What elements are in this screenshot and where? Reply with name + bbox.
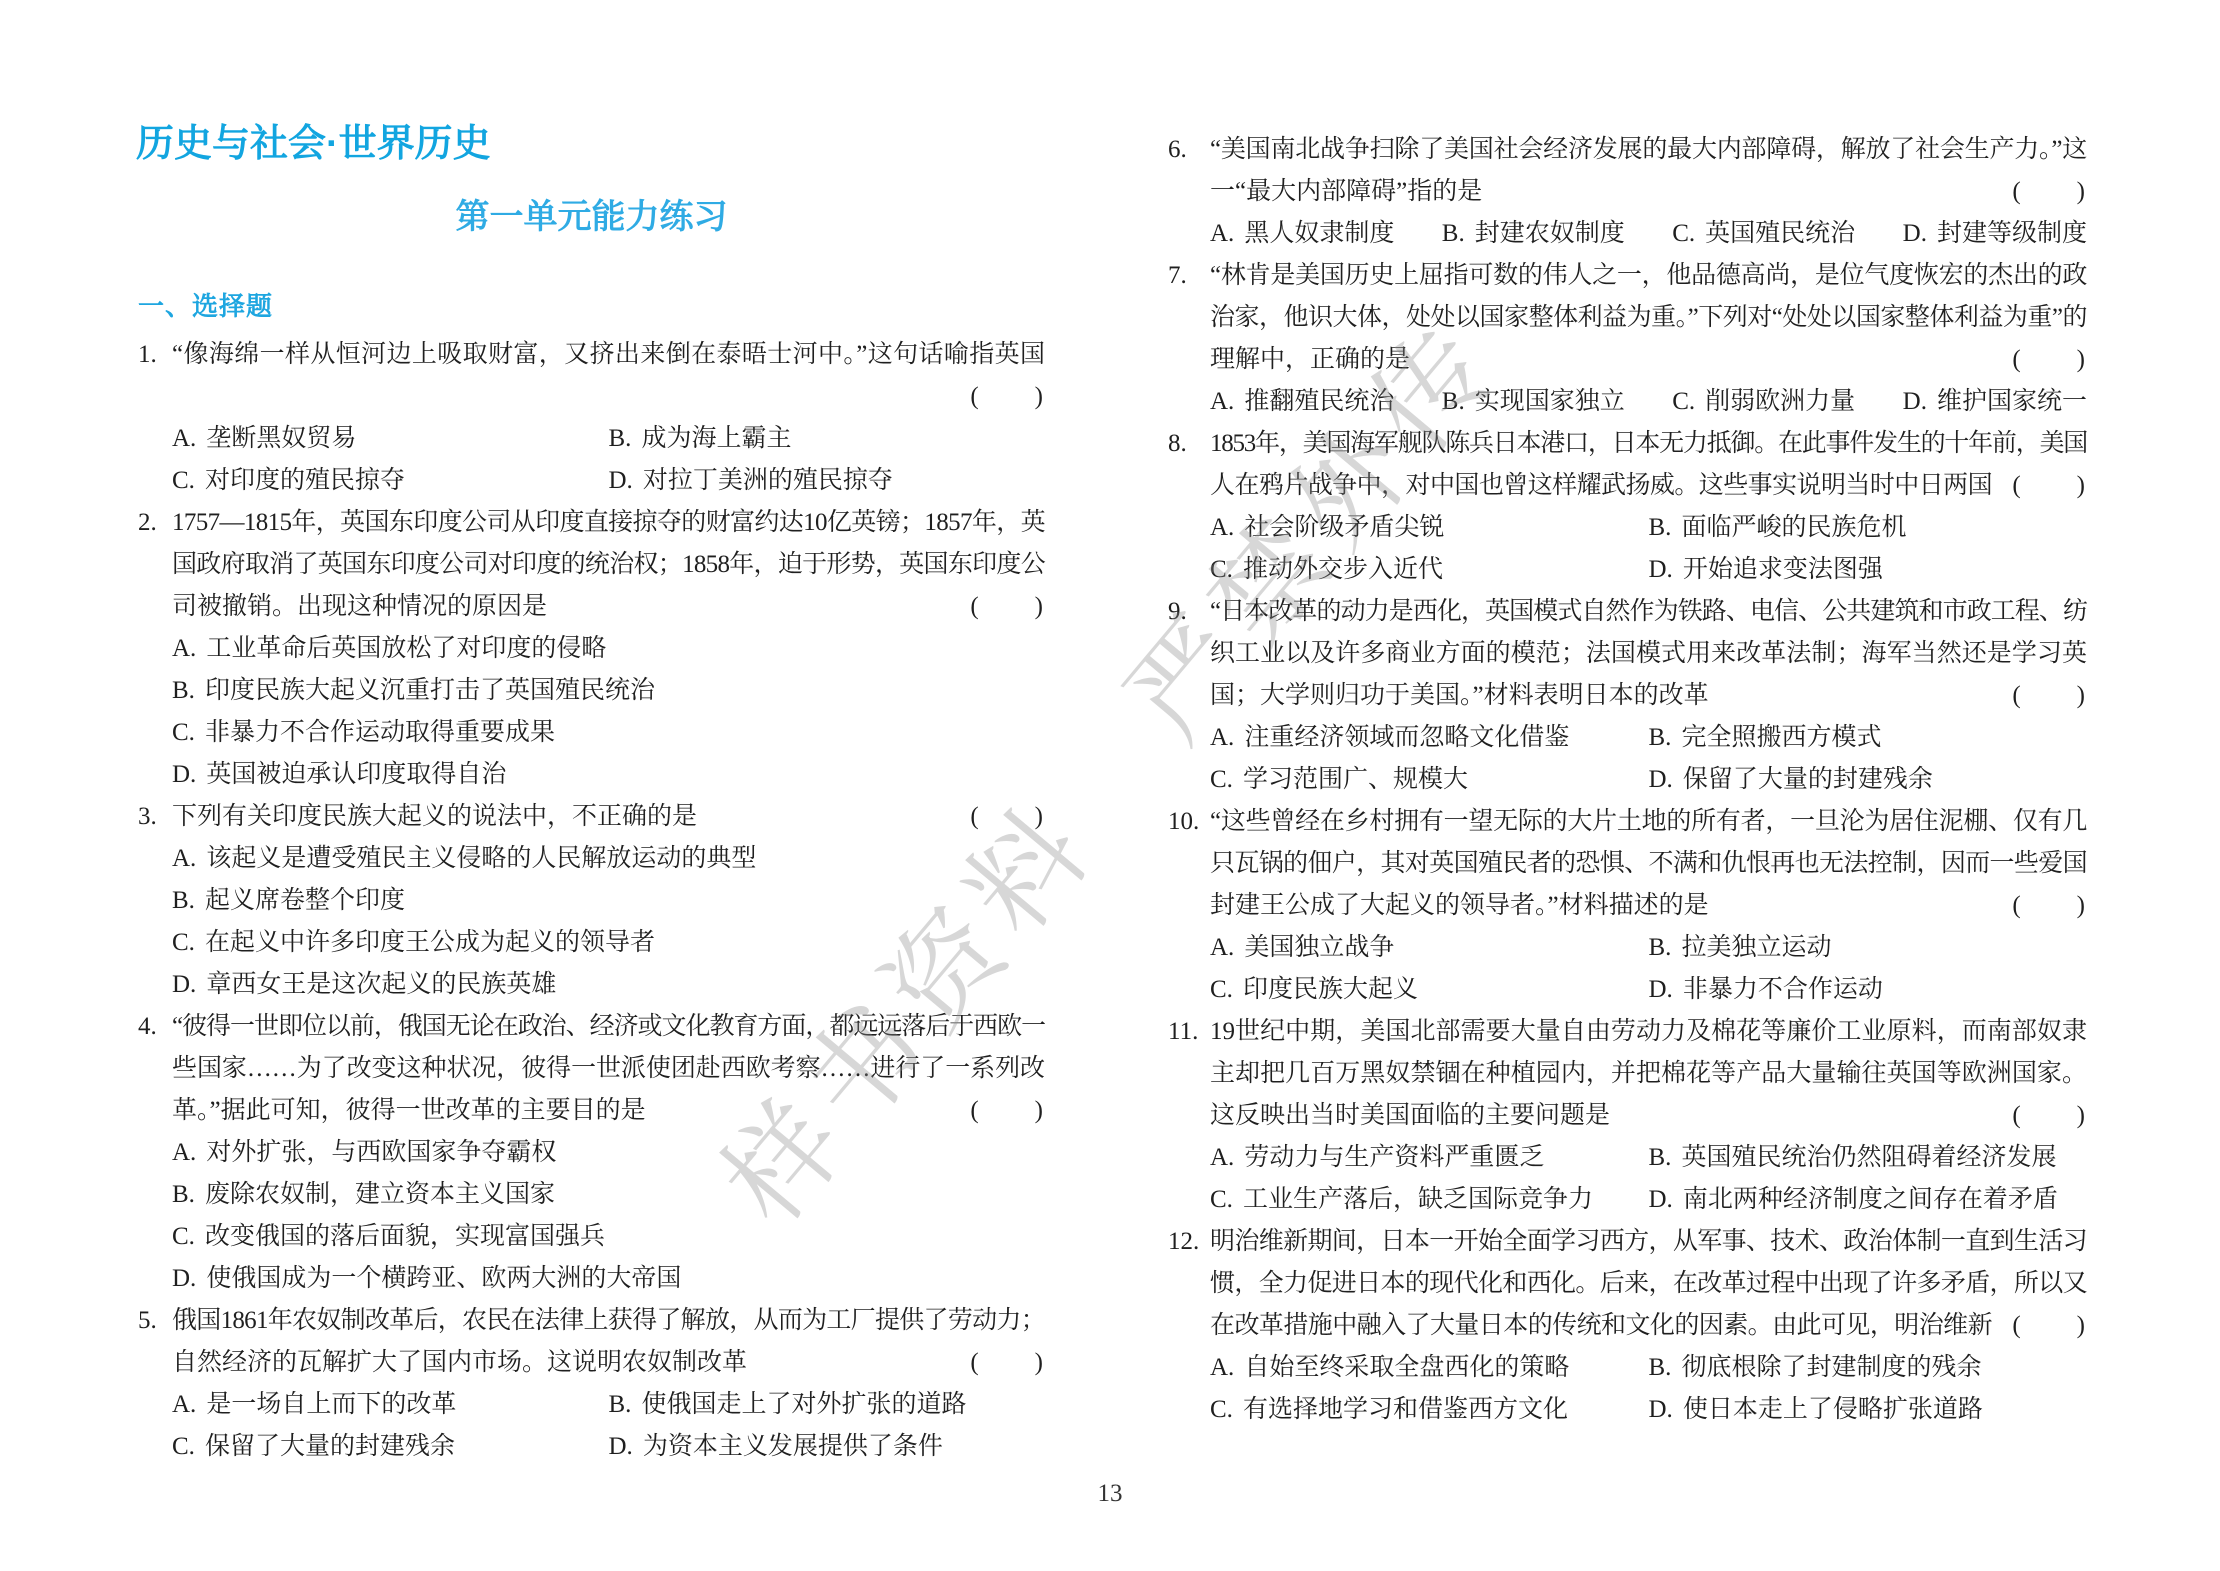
option-letter: A. [172, 845, 196, 872]
stem-line-with-bracket: 封建王公成了大起义的领导者。”材料描述的是( ) [1210, 885, 2087, 927]
option-text: 成为海上霸主 [641, 425, 791, 452]
stem-line: “彼得一世即位以前，俄国无论在政治、经济或文化教育方面，都远远落后于西欧一 [172, 1006, 1045, 1048]
option-letter: C. [1210, 1396, 1233, 1423]
option-C: C.在起义中许多印度王公成为起义的领导者 [172, 922, 655, 964]
answer-bracket: ( ) [2012, 339, 2087, 381]
option-letter: B. [1649, 934, 1672, 961]
option-letter: D. [172, 761, 196, 788]
stem-line: 司被撤销。出现这种情况的原因是 [172, 586, 547, 628]
option-C: C.对印度的殖民掠夺 [172, 460, 609, 502]
option-text: 非暴力不合作运动取得重要成果 [205, 719, 555, 746]
option-A: A.自始至终采取全盘西化的策略 [1210, 1347, 1649, 1389]
option-text: 在起义中许多印度王公成为起义的领导者 [205, 929, 655, 956]
option-B: B.废除农奴制，建立资本主义国家 [172, 1174, 555, 1216]
option-text: 英国殖民统治仍然阻碍着经济发展 [1681, 1144, 2056, 1171]
stem-line-with-bracket: 国；大学则归功于美国。”材料表明日本的改革( ) [1210, 675, 2087, 717]
option-letter: D. [172, 971, 196, 998]
left-column: 1.“像海绵一样从恒河边上吸取财富，又挤出来倒在泰晤士河中。”这句话喻指英国( … [138, 334, 1045, 1468]
option-text: 面临严峻的民族危机 [1681, 514, 1906, 541]
option-row: D.章西女王是这次起义的民族英雄 [172, 964, 1045, 1006]
option-text: 使俄国走上了对外扩张的道路 [641, 1391, 966, 1418]
question-number: 1. [138, 334, 157, 376]
option-C: C.有选择地学习和借鉴西方文化 [1210, 1389, 1649, 1431]
option-letter: D. [1649, 556, 1673, 583]
option-C: C.改变俄国的落后面貌，实现富国强兵 [172, 1216, 605, 1258]
option-text: 废除农奴制，建立资本主义国家 [205, 1181, 555, 1208]
option-row: A.该起义是遭受殖民主义侵略的人民解放运动的典型 [172, 838, 1045, 880]
option-B: B.完全照搬西方模式 [1649, 717, 2088, 759]
option-B: B.面临严峻的民族危机 [1649, 507, 2088, 549]
option-text: 是一场自上而下的改革 [206, 1391, 456, 1418]
option-D: D.为资本主义发展提供了条件 [609, 1426, 1046, 1468]
stem-line: “这些曾经在乡村拥有一望无际的大片土地的所有者，一旦沦为居住泥棚、仅有几 [1210, 801, 2087, 843]
option-text: 工业生产落后，缺乏国际竞争力 [1243, 1186, 1593, 1213]
option-letter: D. [1903, 220, 1927, 247]
option-text: 社会阶级矛盾尖锐 [1244, 514, 1444, 541]
question-6: 6.“美国南北战争扫除了美国社会经济发展的最大内部障碍，解放了社会生产力。”这一… [1168, 129, 2087, 255]
option-text: 开始追求变法图强 [1683, 556, 1883, 583]
stem-line: 这反映出当时美国面临的主要问题是 [1210, 1095, 1610, 1137]
stem-line: 一“最大内部障碍”指的是 [1210, 171, 1482, 213]
option-text: 完全照搬西方模式 [1681, 724, 1881, 751]
option-text: 对拉丁美洲的殖民掠夺 [643, 467, 893, 494]
option-letter: C. [1672, 388, 1695, 415]
question-number: 2. [138, 502, 157, 544]
option-letter: A. [1210, 514, 1234, 541]
option-row: B.废除农奴制，建立资本主义国家 [172, 1174, 1045, 1216]
stem-line: 国政府取消了英国东印度公司对印度的统治权；1858年，迫于形势，英国东印度公 [172, 544, 1045, 586]
option-letter: B. [1442, 388, 1465, 415]
option-A: A.劳动力与生产资料严重匮乏 [1210, 1137, 1649, 1179]
option-A: A.对外扩张，与西欧国家争夺霸权 [172, 1132, 556, 1174]
option-C: C.削弱欧洲力量 [1672, 381, 1855, 423]
answer-bracket: ( ) [2012, 1095, 2087, 1137]
option-B: B.起义席卷整个印度 [172, 880, 405, 922]
option-B: B.封建农奴制度 [1442, 213, 1625, 255]
option-text: 黑人奴隶制度 [1244, 220, 1394, 247]
option-A: A.黑人奴隶制度 [1210, 213, 1394, 255]
option-letter: B. [1649, 724, 1672, 751]
section-heading: 一、选择题 [138, 288, 273, 324]
option-B: B.成为海上霸主 [609, 418, 1046, 460]
option-letter: B. [609, 425, 632, 452]
option-B: B.英国殖民统治仍然阻碍着经济发展 [1649, 1137, 2088, 1179]
option-row: C.印度民族大起义D.非暴力不合作运动 [1210, 969, 2087, 1011]
stem-line-with-bracket: 自然经济的瓦解扩大了国内市场。这说明农奴制改革( ) [172, 1342, 1045, 1384]
option-D: D.非暴力不合作运动 [1649, 969, 2088, 1011]
option-letter: C. [1210, 976, 1233, 1003]
option-letter: B. [172, 887, 195, 914]
option-letter: D. [1649, 766, 1673, 793]
option-A: A.注重经济领域而忽略文化借鉴 [1210, 717, 1649, 759]
book-title: 历史与社会·世界历史 [136, 122, 491, 166]
option-row: C.学习范围广、规模大D.保留了大量的封建残余 [1210, 759, 2087, 801]
option-D: D.保留了大量的封建残余 [1649, 759, 2088, 801]
stem-line: 治家，他识大体，处处以国家整体利益为重。”下列对“处处以国家整体利益为重”的 [1210, 297, 2087, 339]
option-text: 印度民族大起义 [1243, 976, 1418, 1003]
answer-bracket: ( ) [2012, 885, 2087, 927]
answer-bracket: ( ) [2012, 171, 2087, 213]
option-letter: A. [1210, 1144, 1234, 1171]
stem-line: 明治维新期间，日本一开始全面学习西方，从军事、技术、政治体制一直到生活习 [1210, 1221, 2087, 1263]
answer-bracket: ( ) [2012, 465, 2087, 507]
option-D: D.开始追求变法图强 [1649, 549, 2088, 591]
option-letter: C. [172, 1433, 195, 1460]
option-row: C.改变俄国的落后面貌，实现富国强兵 [172, 1216, 1045, 1258]
option-letter: D. [609, 467, 633, 494]
option-text: 章西女王是这次起义的民族英雄 [206, 971, 556, 998]
stem-line: 国；大学则归功于美国。”材料表明日本的改革 [1210, 675, 1709, 717]
stem-line: 织工业以及许多商业方面的模范；法国模式用来改革法制；海军当然还是学习英 [1210, 633, 2087, 675]
stem-line: “林肯是美国历史上屈指可数的伟人之一，他品德高尚，是位气度恢宏的杰出的政 [1210, 255, 2087, 297]
stem-line: “美国南北战争扫除了美国社会经济发展的最大内部障碍，解放了社会生产力。”这 [1210, 129, 2087, 171]
option-D: D.南北两种经济制度之间存在着矛盾 [1649, 1179, 2088, 1221]
option-text: 学习范围广、规模大 [1243, 766, 1468, 793]
option-B: B.彻底根除了封建制度的残余 [1649, 1347, 2088, 1389]
option-text: 南北两种经济制度之间存在着矛盾 [1683, 1186, 2058, 1213]
stem-line: 俄国1861年农奴制改革后，农民在法律上获得了解放，从而为工厂提供了劳动力； [172, 1300, 1045, 1342]
option-row: A.推翻殖民统治B.实现国家独立C.削弱欧洲力量D.维护国家统一 [1210, 381, 2087, 423]
stem-line-with-bracket: 这反映出当时美国面临的主要问题是( ) [1210, 1095, 2087, 1137]
option-row: A.对外扩张，与西欧国家争夺霸权 [172, 1132, 1045, 1174]
option-D: D.英国被迫承认印度取得自治 [172, 754, 506, 796]
option-row: C.非暴力不合作运动取得重要成果 [172, 712, 1045, 754]
option-letter: A. [1210, 934, 1234, 961]
question-number: 12. [1168, 1221, 1199, 1263]
option-text: 有选择地学习和借鉴西方文化 [1243, 1396, 1568, 1423]
unit-title: 第一单元能力练习 [138, 196, 1045, 240]
question-number: 11. [1168, 1011, 1198, 1053]
answer-bracket: ( ) [970, 796, 1045, 838]
option-row: A.社会阶级矛盾尖锐B.面临严峻的民族危机 [1210, 507, 2087, 549]
option-D: D.封建等级制度 [1903, 213, 2087, 255]
option-letter: A. [172, 425, 196, 452]
option-letter: D. [1903, 388, 1927, 415]
question-8: 8.1853年，美国海军舰队陈兵日本港口，日本无力抵御。在此事件发生的十年前，美… [1168, 423, 2087, 591]
stem-line: 人在鸦片战争中，对中国也曾这样耀武扬威。这些事实说明当时中日两国 [1210, 465, 1992, 507]
stem-line-with-bracket: 司被撤销。出现这种情况的原因是( ) [172, 586, 1045, 628]
option-letter: A. [1210, 220, 1234, 247]
bracket-line: ( ) [172, 376, 1045, 418]
option-text: 拉美独立运动 [1681, 934, 1831, 961]
question-11: 11.19世纪中期，美国北部需要大量自由劳动力及棉花等廉价工业原料，而南部奴隶主… [1168, 1011, 2087, 1221]
option-text: 起义席卷整个印度 [205, 887, 405, 914]
option-text: 该起义是遭受殖民主义侵略的人民解放运动的典型 [206, 845, 756, 872]
stem-line-with-bracket: 理解中，正确的是( ) [1210, 339, 2087, 381]
option-text: 劳动力与生产资料严重匮乏 [1244, 1144, 1544, 1171]
option-B: B.印度民族大起义沉重打击了英国殖民统治 [172, 670, 655, 712]
option-letter: B. [1649, 1354, 1672, 1381]
option-D: D.章西女王是这次起义的民族英雄 [172, 964, 556, 1006]
option-letter: D. [172, 1265, 196, 1292]
option-text: 印度民族大起义沉重打击了英国殖民统治 [205, 677, 655, 704]
option-D: D.使日本走上了侵略扩张道路 [1649, 1389, 2088, 1431]
option-row: C.对印度的殖民掠夺D.对拉丁美洲的殖民掠夺 [172, 460, 1045, 502]
option-letter: C. [172, 467, 195, 494]
question-9: 9.“日本改革的动力是西化，英国模式自然作为铁路、电信、公共建筑和市政工程、纺织… [1168, 591, 2087, 801]
option-letter: B. [172, 1181, 195, 1208]
stem-line: 1853年，美国海军舰队陈兵日本港口，日本无力抵御。在此事件发生的十年前，美国 [1210, 423, 2087, 465]
answer-bracket: ( ) [2012, 1305, 2087, 1347]
option-row: C.有选择地学习和借鉴西方文化D.使日本走上了侵略扩张道路 [1210, 1389, 2087, 1431]
option-C: C.学习范围广、规模大 [1210, 759, 1649, 801]
stem-line: 理解中，正确的是 [1210, 339, 1410, 381]
option-letter: C. [1210, 766, 1233, 793]
question-1: 1.“像海绵一样从恒河边上吸取财富，又挤出来倒在泰晤士河中。”这句话喻指英国( … [138, 334, 1045, 502]
option-letter: C. [172, 929, 195, 956]
option-A: A.垄断黑奴贸易 [172, 418, 609, 460]
option-B: B.使俄国走上了对外扩张的道路 [609, 1384, 1046, 1426]
option-letter: B. [1649, 514, 1672, 541]
stem-line-with-bracket: 下列有关印度民族大起义的说法中，不正确的是( ) [172, 796, 1045, 838]
stem-line: “日本改革的动力是西化，英国模式自然作为铁路、电信、公共建筑和市政工程、纺 [1210, 591, 2087, 633]
answer-bracket: ( ) [970, 586, 1045, 628]
option-text: 美国独立战争 [1244, 934, 1394, 961]
question-number: 10. [1168, 801, 1199, 843]
option-letter: B. [1442, 220, 1465, 247]
option-text: 工业革命后英国放松了对印度的侵略 [206, 635, 606, 662]
option-C: C.工业生产落后，缺乏国际竞争力 [1210, 1179, 1649, 1221]
option-row: A.自始至终采取全盘西化的策略B.彻底根除了封建制度的残余 [1210, 1347, 2087, 1389]
option-letter: A. [172, 1139, 196, 1166]
answer-bracket: ( ) [970, 1342, 1045, 1384]
option-A: A.该起义是遭受殖民主义侵略的人民解放运动的典型 [172, 838, 756, 880]
question-10: 10.“这些曾经在乡村拥有一望无际的大片土地的所有者，一旦沦为居住泥棚、仅有几只… [1168, 801, 2087, 1011]
option-A: A.是一场自上而下的改革 [172, 1384, 609, 1426]
option-letter: B. [172, 677, 195, 704]
option-row: D.使俄国成为一个横跨亚、欧两大洲的大帝国 [172, 1258, 1045, 1300]
option-C: C.推动外交步入近代 [1210, 549, 1649, 591]
option-row: C.在起义中许多印度王公成为起义的领导者 [172, 922, 1045, 964]
option-text: 保留了大量的封建残余 [205, 1433, 455, 1460]
question-7: 7.“林肯是美国历史上屈指可数的伟人之一，他品德高尚，是位气度恢宏的杰出的政治家… [1168, 255, 2087, 423]
option-D: D.使俄国成为一个横跨亚、欧两大洲的大帝国 [172, 1258, 681, 1300]
question-number: 8. [1168, 423, 1187, 465]
question-3: 3.下列有关印度民族大起义的说法中，不正确的是( )A.该起义是遭受殖民主义侵略… [138, 796, 1045, 1006]
option-text: 推翻殖民统治 [1244, 388, 1394, 415]
option-letter: C. [172, 719, 195, 746]
option-letter: B. [609, 1391, 632, 1418]
option-text: 对印度的殖民掠夺 [205, 467, 405, 494]
stem-line: 下列有关印度民族大起义的说法中，不正确的是 [172, 796, 697, 838]
question-number: 5. [138, 1300, 157, 1342]
stem-line: 1757—1815年，英国东印度公司从印度直接掠夺的财富约达10亿英镑；1857… [172, 502, 1045, 544]
option-row: A.黑人奴隶制度B.封建农奴制度C.英国殖民统治D.封建等级制度 [1210, 213, 2087, 255]
option-row: D.英国被迫承认印度取得自治 [172, 754, 1045, 796]
option-text: 为资本主义发展提供了条件 [643, 1433, 943, 1460]
stem-line: 主却把几百万黑奴禁锢在种植园内，并把棉花等产品大量输往英国等欧洲国家。 [1210, 1053, 2087, 1095]
option-letter: B. [1649, 1144, 1672, 1171]
option-text: 垄断黑奴贸易 [206, 425, 356, 452]
page-number: 13 [0, 1480, 2220, 1508]
right-column: 6.“美国南北战争扫除了美国社会经济发展的最大内部障碍，解放了社会生产力。”这一… [1168, 129, 2087, 1431]
option-letter: D. [1649, 1186, 1673, 1213]
option-row: C.保留了大量的封建残余D.为资本主义发展提供了条件 [172, 1426, 1045, 1468]
option-text: 英国被迫承认印度取得自治 [206, 761, 506, 788]
option-letter: D. [609, 1433, 633, 1460]
option-text: 封建农奴制度 [1475, 220, 1625, 247]
stem-line: 些国家……为了改变这种状况，彼得一世派使团赴西欧考察……进行了一系列改 [172, 1048, 1045, 1090]
option-text: 保留了大量的封建残余 [1683, 766, 1933, 793]
option-row: A.注重经济领域而忽略文化借鉴B.完全照搬西方模式 [1210, 717, 2087, 759]
question-number: 4. [138, 1006, 157, 1048]
option-text: 注重经济领域而忽略文化借鉴 [1244, 724, 1569, 751]
option-letter: C. [1672, 220, 1695, 247]
option-text: 自始至终采取全盘西化的策略 [1244, 1354, 1569, 1381]
stem-line-with-bracket: 一“最大内部障碍”指的是( ) [1210, 171, 2087, 213]
option-C: C.非暴力不合作运动取得重要成果 [172, 712, 555, 754]
stem-line: 革。”据此可知，彼得一世改革的主要目的是 [172, 1090, 646, 1132]
stem-line: 只瓦锅的佃户，其对英国殖民者的恐惧、不满和仇恨再也无法控制，因而一些爱国 [1210, 843, 2087, 885]
option-D: D.维护国家统一 [1903, 381, 2087, 423]
option-text: 非暴力不合作运动 [1683, 976, 1883, 1003]
option-B: B.拉美独立运动 [1649, 927, 2088, 969]
stem-line-with-bracket: 革。”据此可知，彼得一世改革的主要目的是( ) [172, 1090, 1045, 1132]
option-text: 对外扩张，与西欧国家争夺霸权 [206, 1139, 556, 1166]
option-row: C.推动外交步入近代D.开始追求变法图强 [1210, 549, 2087, 591]
option-text: 使日本走上了侵略扩张道路 [1683, 1396, 1983, 1423]
option-text: 改变俄国的落后面貌，实现富国强兵 [205, 1223, 605, 1250]
question-number: 7. [1168, 255, 1187, 297]
option-letter: D. [1649, 976, 1673, 1003]
option-C: C.保留了大量的封建残余 [172, 1426, 609, 1468]
option-text: 推动外交步入近代 [1243, 556, 1443, 583]
option-row: A.是一场自上而下的改革B.使俄国走上了对外扩张的道路 [172, 1384, 1045, 1426]
answer-bracket: ( ) [970, 1090, 1045, 1132]
question-number: 6. [1168, 129, 1187, 171]
answer-bracket: ( ) [970, 383, 1045, 410]
option-row: B.起义席卷整个印度 [172, 880, 1045, 922]
stem-line-with-bracket: 人在鸦片战争中，对中国也曾这样耀武扬威。这些事实说明当时中日两国( ) [1210, 465, 2087, 507]
question-12: 12.明治维新期间，日本一开始全面学习西方，从军事、技术、政治体制一直到生活习惯… [1168, 1221, 2087, 1431]
option-text: 实现国家独立 [1475, 388, 1625, 415]
stem-line: 惯，全力促进日本的现代化和西化。后来，在改革过程中出现了许多矛盾，所以又 [1210, 1263, 2087, 1305]
question-number: 9. [1168, 591, 1187, 633]
option-text: 英国殖民统治 [1705, 220, 1855, 247]
option-A: A.推翻殖民统治 [1210, 381, 1394, 423]
option-B: B.实现国家独立 [1442, 381, 1625, 423]
option-A: A.社会阶级矛盾尖锐 [1210, 507, 1649, 549]
stem-line: “像海绵一样从恒河边上吸取财富，又挤出来倒在泰晤士河中。”这句话喻指英国 [172, 334, 1045, 376]
option-row: B.印度民族大起义沉重打击了英国殖民统治 [172, 670, 1045, 712]
option-letter: A. [172, 635, 196, 662]
option-letter: C. [1210, 1186, 1233, 1213]
option-D: D.对拉丁美洲的殖民掠夺 [609, 460, 1046, 502]
option-row: A.劳动力与生产资料严重匮乏B.英国殖民统治仍然阻碍着经济发展 [1210, 1137, 2087, 1179]
question-4: 4.“彼得一世即位以前，俄国无论在政治、经济或文化教育方面，都远远落后于西欧一些… [138, 1006, 1045, 1300]
option-text: 维护国家统一 [1937, 388, 2087, 415]
option-letter: A. [1210, 724, 1234, 751]
option-text: 使俄国成为一个横跨亚、欧两大洲的大帝国 [206, 1265, 681, 1292]
stem-line: 自然经济的瓦解扩大了国内市场。这说明农奴制改革 [172, 1342, 747, 1384]
option-letter: A. [1210, 1354, 1234, 1381]
option-C: C.英国殖民统治 [1672, 213, 1855, 255]
option-A: A.美国独立战争 [1210, 927, 1649, 969]
stem-line: 19世纪中期，美国北部需要大量自由劳动力及棉花等廉价工业原料，而南部奴隶 [1210, 1011, 2087, 1053]
question-5: 5.俄国1861年农奴制改革后，农民在法律上获得了解放，从而为工厂提供了劳动力；… [138, 1300, 1045, 1468]
option-letter: A. [172, 1391, 196, 1418]
option-A: A.工业革命后英国放松了对印度的侵略 [172, 628, 606, 670]
stem-line: 封建王公成了大起义的领导者。”材料描述的是 [1210, 885, 1709, 927]
option-text: 削弱欧洲力量 [1705, 388, 1855, 415]
option-row: C.工业生产落后，缺乏国际竞争力D.南北两种经济制度之间存在着矛盾 [1210, 1179, 2087, 1221]
option-letter: A. [1210, 388, 1234, 415]
worksheet-page: 历史与社会·世界历史 第一单元能力练习 一、选择题 1.“像海绵一样从恒河边上吸… [0, 0, 2220, 1571]
option-letter: D. [1649, 1396, 1673, 1423]
stem-line: 在改革措施中融入了大量日本的传统和文化的因素。由此可见，明治维新 [1210, 1305, 1992, 1347]
option-row: A.工业革命后英国放松了对印度的侵略 [172, 628, 1045, 670]
option-C: C.印度民族大起义 [1210, 969, 1649, 1011]
option-letter: C. [1210, 556, 1233, 583]
answer-bracket: ( ) [2012, 675, 2087, 717]
stem-line-with-bracket: 在改革措施中融入了大量日本的传统和文化的因素。由此可见，明治维新( ) [1210, 1305, 2087, 1347]
question-number: 3. [138, 796, 157, 838]
option-row: A.垄断黑奴贸易B.成为海上霸主 [172, 418, 1045, 460]
option-letter: C. [172, 1223, 195, 1250]
option-text: 封建等级制度 [1937, 220, 2087, 247]
option-text: 彻底根除了封建制度的残余 [1681, 1354, 1981, 1381]
question-2: 2.1757—1815年，英国东印度公司从印度直接掠夺的财富约达10亿英镑；18… [138, 502, 1045, 796]
option-row: A.美国独立战争B.拉美独立运动 [1210, 927, 2087, 969]
